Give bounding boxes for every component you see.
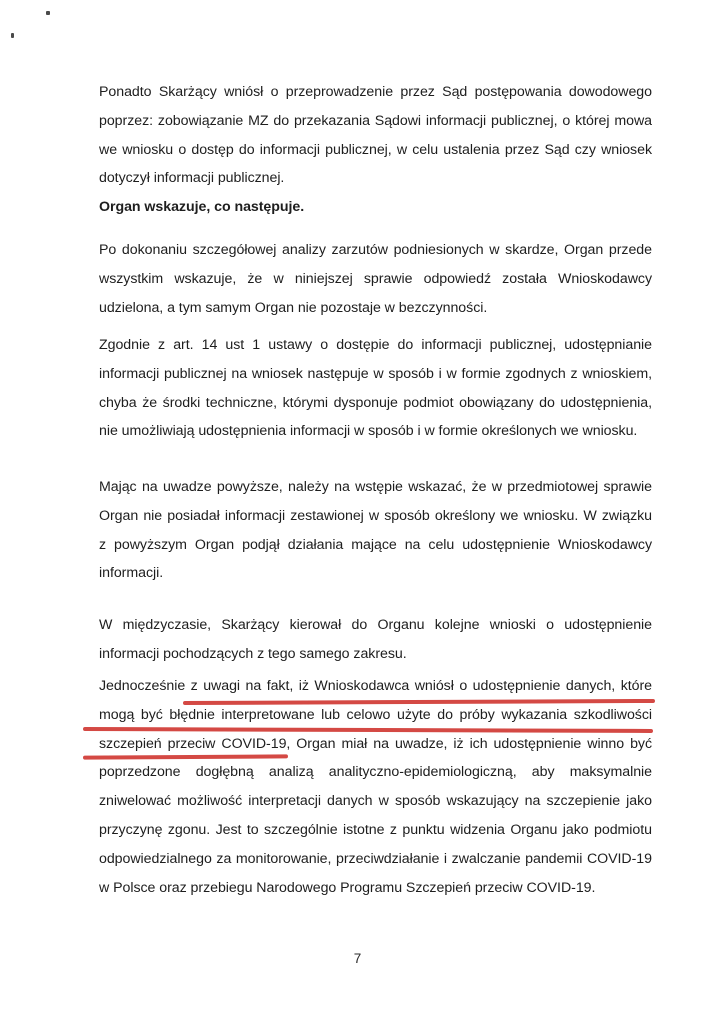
text-line: Organ nie posiadał informacji zestawione…	[99, 502, 652, 531]
text-line: Zgodnie z art. 14 ust 1 ustawy o dostępi…	[99, 331, 652, 360]
text-line: Mając na uwadze powyższe, należy na wstę…	[99, 473, 652, 502]
text-line: w Polsce oraz przebiegu Narodowego Progr…	[99, 874, 652, 903]
scan-speck	[46, 11, 50, 15]
text-line: dotyczył informacji publicznej.	[99, 164, 652, 193]
scanned-document-page: Ponadto Skarżący wniósł o przeprowadzeni…	[0, 0, 715, 1024]
text-line: informacji pochodzących z tego samego za…	[99, 640, 652, 669]
text-line: nie umożliwiają udostępnienia informacji…	[99, 417, 652, 446]
text-line: przyczynę zgonu. Jest to szczególnie ist…	[99, 816, 652, 845]
text-line: poprzedzone dogłębną analizą analityczno…	[99, 758, 652, 787]
text-line: chyba że środki techniczne, którymi dysp…	[99, 389, 652, 418]
paragraph: W międzyczasie, Skarżący kierował do Org…	[99, 611, 652, 669]
text-line: z powyższym Organ podjął działania mając…	[99, 531, 652, 560]
text-line: Jednocześnie z uwagi na fakt, iż Wniosko…	[99, 672, 652, 701]
text-line: we wniosku o dostęp do informacji public…	[99, 136, 652, 165]
paragraph: Mając na uwadze powyższe, należy na wstę…	[99, 473, 652, 588]
paragraph: Jednocześnie z uwagi na fakt, iż Wniosko…	[99, 672, 652, 902]
paragraph: Zgodnie z art. 14 ust 1 ustawy o dostępi…	[99, 331, 652, 446]
text-line: wszystkim wskazuje, że w niniejszej spra…	[99, 265, 652, 294]
text-line: Po dokonaniu szczegółowej analizy zarzut…	[99, 236, 652, 265]
paragraph: Ponadto Skarżący wniósł o przeprowadzeni…	[99, 78, 652, 193]
text-line: mogą być błędnie interpretowane lub celo…	[99, 701, 652, 730]
text-line: W międzyczasie, Skarżący kierował do Org…	[99, 611, 652, 640]
scan-speck	[11, 33, 14, 38]
text-line: udzielona, a tym samym Organ nie pozosta…	[99, 294, 652, 323]
text-line: informacji publicznej na wniosek następu…	[99, 360, 652, 389]
text-line: zniwelować możliwość interpretacji danyc…	[99, 787, 652, 816]
text-line: odpowiedzialnego za monitorowanie, przec…	[99, 845, 652, 874]
text-line: informacji.	[99, 559, 652, 588]
text-line: poprzez: zobowiązanie MZ do przekazania …	[99, 107, 652, 136]
text-line: Ponadto Skarżący wniósł o przeprowadzeni…	[99, 78, 652, 107]
page-number: 7	[0, 949, 715, 969]
heading-organ-wskazuje: Organ wskazuje, co następuje.	[99, 193, 652, 222]
text-line: Organ wskazuje, co następuje.	[99, 193, 652, 222]
paragraph: Po dokonaniu szczegółowej analizy zarzut…	[99, 236, 652, 322]
